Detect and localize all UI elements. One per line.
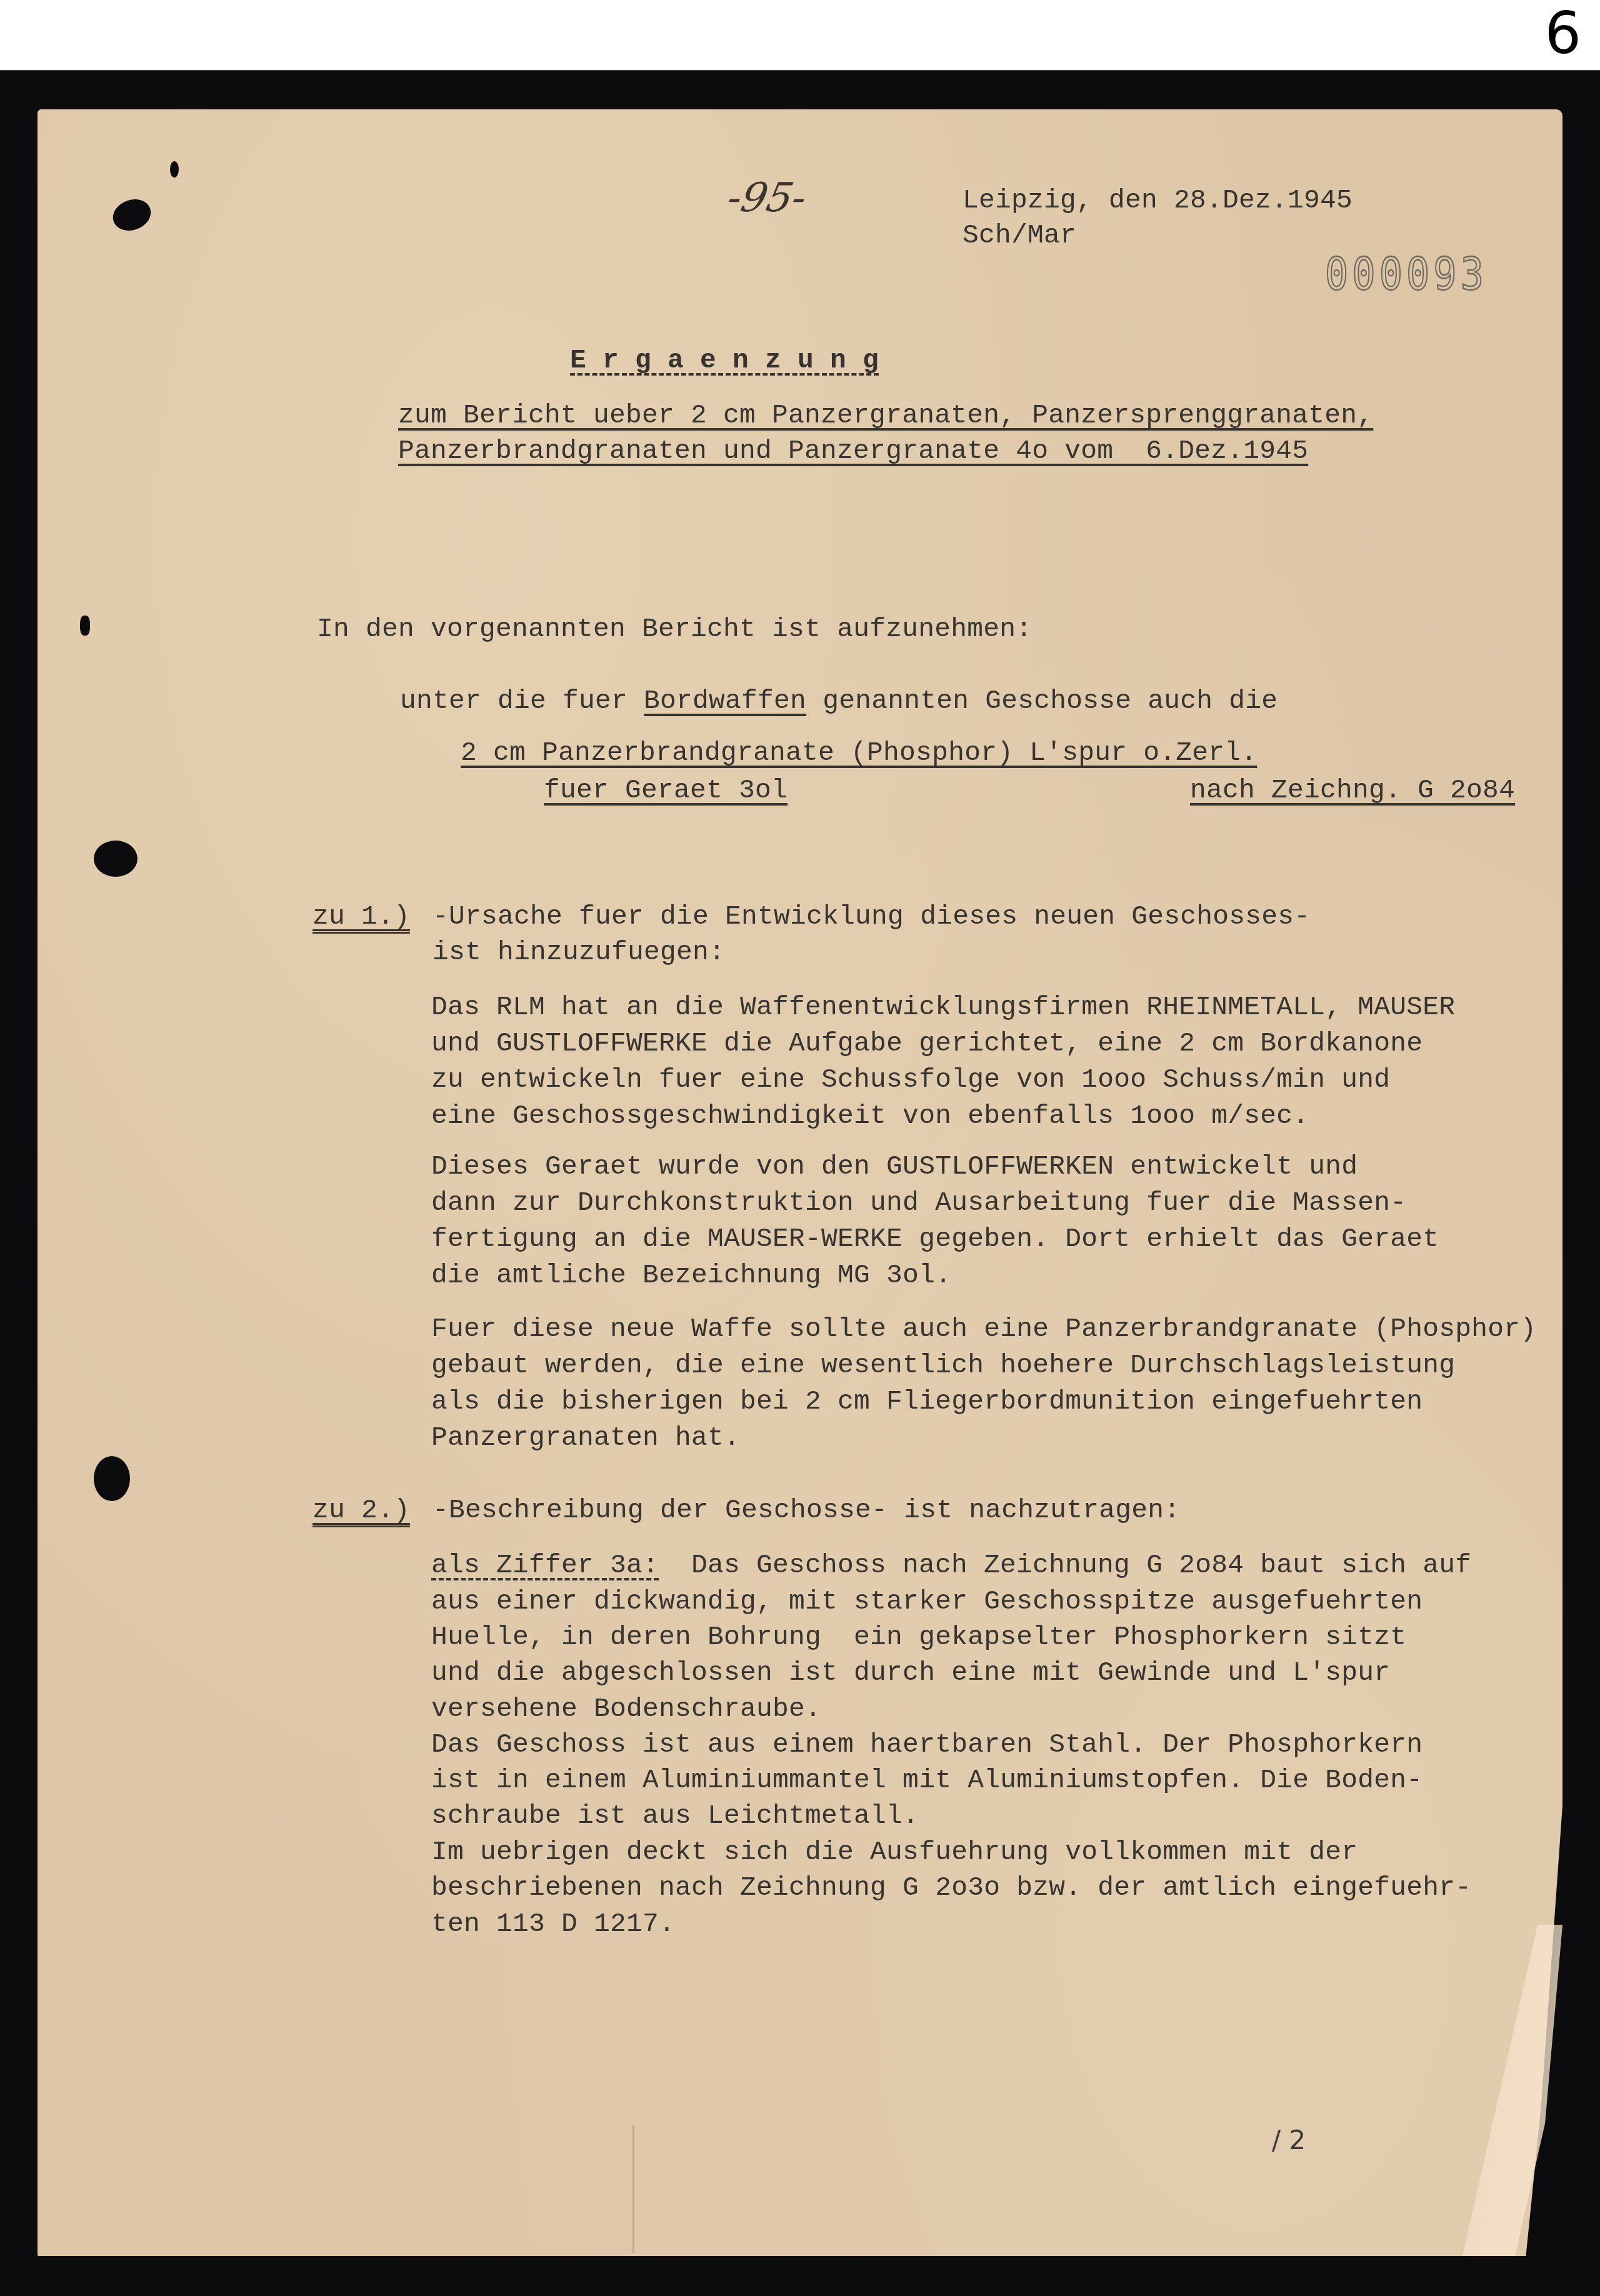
para-2-line-4: die amtliche Bezeichnung MG 3ol.: [431, 1260, 951, 1291]
section-2-label: zu 2.): [312, 1495, 410, 1526]
document-page: [37, 109, 1562, 2256]
handwritten-folio: -95-: [723, 175, 811, 221]
section-1-label: zu 1.): [312, 901, 410, 932]
section-2-heading: -Beschreibung der Geschosse- ist nachzut…: [432, 1495, 1180, 1526]
intro-sub-bordwaffen: Bordwaffen: [644, 686, 806, 716]
subtitle-line-2: Panzerbrandgranaten und Panzergranate 4o…: [398, 436, 1308, 467]
section-1-heading-cont: ist hinzuzufuegen:: [432, 937, 725, 968]
section-2-line-11: ten 113 D 1217.: [431, 1909, 675, 1940]
intro-text: In den vorgenannten Bericht ist aufzuneh…: [317, 614, 1032, 645]
projectile-drawing: nach Zeichng. G 2o84: [1190, 775, 1515, 806]
section-2-line-3: Huelle, in deren Bohrung ein gekapselter…: [431, 1622, 1406, 1653]
projectile-name: 2 cm Panzerbrandgranate (Phosphor) L'spu…: [461, 737, 1257, 769]
para-2-line-2: dann zur Durchkonstruktion und Ausarbeit…: [431, 1187, 1406, 1219]
section-2-item-label: als Ziffer 3a:: [431, 1550, 659, 1581]
reference-initials: Sch/Mar: [962, 220, 1076, 251]
para-3-line-2: gebaut werden, die eine wesentlich hoehe…: [431, 1350, 1455, 1381]
ink-speck: [170, 161, 179, 177]
section-2-line-4: und die abgeschlossen ist durch eine mit…: [431, 1657, 1390, 1689]
para-1-line-4: eine Geschossgeschwindigkeit von ebenfal…: [431, 1101, 1309, 1132]
continuation-marker: / 2: [1272, 2125, 1306, 2155]
punch-hole-lower: [94, 1456, 130, 1501]
intro-sub-suffix: genannten Geschosse auch die: [806, 686, 1277, 716]
section-2-line-2: aus einer dickwandig, mit starker Gescho…: [431, 1586, 1422, 1617]
punch-hole-middle: [94, 841, 137, 877]
scan-page-index: 6: [1544, 2, 1581, 65]
margin-mark: [80, 616, 90, 636]
section-2-line-5: versehene Bodenschraube.: [431, 1694, 821, 1725]
archive-stamp-number: 000093: [1325, 248, 1487, 301]
para-1-line-3: zu entwickeln fuer eine Schussfolge von …: [431, 1064, 1390, 1096]
section-2-line-6: Das Geschoss ist aus einem haertbaren St…: [431, 1729, 1422, 1760]
intro-sub-prefix: unter die fuer: [400, 686, 644, 716]
para-1-line-1: Das RLM hat an die Waffenentwicklungsfir…: [431, 992, 1455, 1023]
para-3-line-3: als die bisherigen bei 2 cm Fliegerbordm…: [431, 1386, 1422, 1417]
subtitle-line-1: zum Bericht ueber 2 cm Panzergranaten, P…: [398, 400, 1373, 431]
paper-tear: [632, 2125, 634, 2253]
section-2-line-1: Das Geschoss nach Zeichnung G 2o84 baut …: [659, 1550, 1471, 1581]
para-2-line-3: fertigung an die MAUSER-WERKE gegeben. D…: [431, 1224, 1439, 1255]
section-1-heading: -Ursache fuer die Entwicklung dieses neu…: [432, 901, 1310, 932]
para-3-line-1: Fuer diese neue Waffe sollte auch eine P…: [431, 1314, 1536, 1345]
para-2-line-1: Dieses Geraet wurde von den GUSTLOFFWERK…: [431, 1151, 1357, 1182]
para-3-line-4: Panzergranaten hat.: [431, 1422, 740, 1454]
intro-sub: unter die fuer Bordwaffen genannten Gesc…: [400, 686, 1277, 717]
scan-header-bar: 6: [0, 0, 1600, 71]
place-date: Leipzig, den 28.Dez.1945: [962, 185, 1352, 216]
para-1-line-2: und GUSTLOFFWERKE die Aufgabe gerichtet,…: [431, 1028, 1422, 1059]
document-title: E r g a e n z u n g: [570, 345, 879, 376]
section-2-line-8: schraube ist aus Leichtmetall.: [431, 1800, 919, 1832]
section-2-line-10: beschriebenen nach Zeichnung G 2o3o bzw.…: [431, 1872, 1471, 1904]
projectile-device: fuer Geraet 3ol: [544, 775, 787, 806]
section-2-line-7: ist in einem Aluminiummantel mit Alumini…: [431, 1765, 1422, 1796]
section-2-line-9: Im uebrigen deckt sich die Ausfuehrung v…: [431, 1837, 1357, 1868]
